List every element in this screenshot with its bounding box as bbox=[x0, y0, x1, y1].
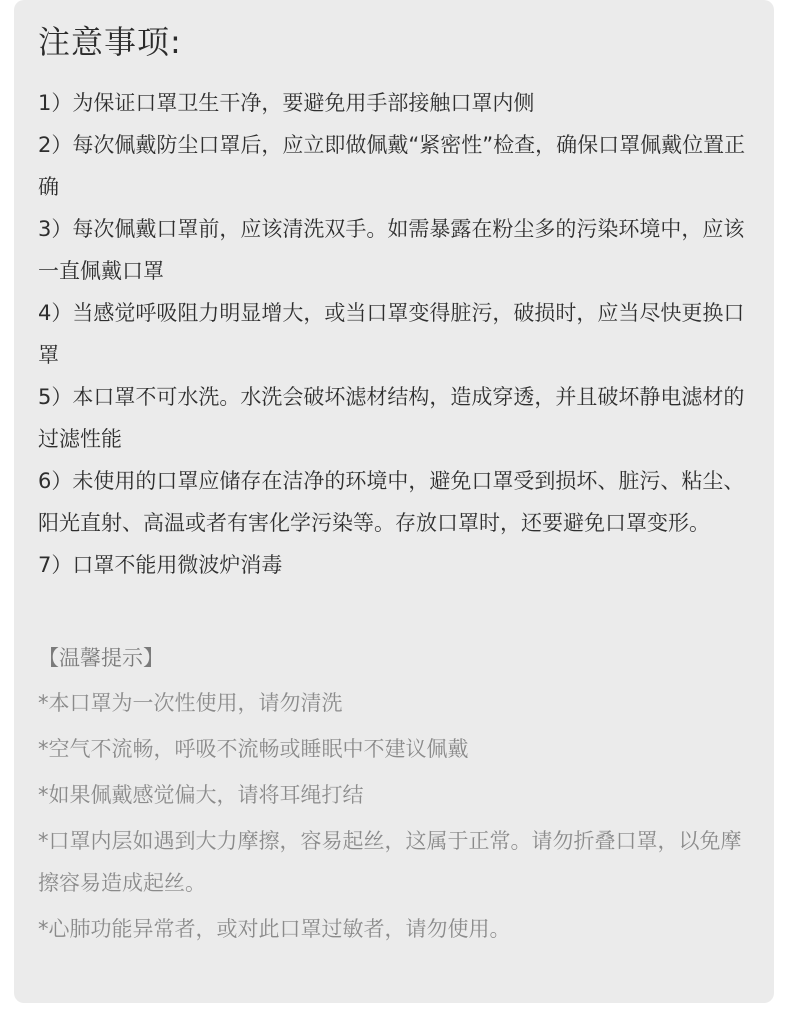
tips-section: 【温馨提示】 *本口罩为一次性使用，请勿清洗 *空气不流畅，呼吸不流畅或睡眠中不… bbox=[38, 638, 752, 950]
note-item-1: 1）为保证口罩卫生干净，要避免用手部接触口罩内侧 bbox=[38, 82, 752, 124]
notes-list: 1）为保证口罩卫生干净，要避免用手部接触口罩内侧 2）每次佩戴防尘口罩后，应立即… bbox=[38, 82, 752, 586]
note-item-6: 6）未使用的口罩应储存在洁净的环境中，避免口罩受到损坏、脏污、粘尘、阳光直射、高… bbox=[38, 460, 752, 544]
tip-item-4: *口罩内层如遇到大力摩擦，容易起丝，这属于正常。请勿折叠口罩，以免摩擦容易造成起… bbox=[38, 820, 752, 904]
note-item-7: 7）口罩不能用微波炉消毒 bbox=[38, 544, 752, 586]
note-item-2: 2）每次佩戴防尘口罩后，应立即做佩戴“紧密性”检查，确保口罩佩戴位置正确 bbox=[38, 124, 752, 208]
note-item-5: 5）本口罩不可水洗。水洗会破坏滤材结构，造成穿透，并且破坏静电滤材的过滤性能 bbox=[38, 376, 752, 460]
tips-heading: 【温馨提示】 bbox=[38, 638, 752, 678]
tip-item-2: *空气不流畅，呼吸不流畅或睡眠中不建议佩戴 bbox=[38, 728, 752, 770]
note-item-3: 3）每次佩戴口罩前，应该清洗双手。如需暴露在粉尘多的污染环境中，应该一直佩戴口罩 bbox=[38, 208, 752, 292]
note-item-4: 4）当感觉呼吸阻力明显增大，或当口罩变得脏污，破损时，应当尽快更换口罩 bbox=[38, 292, 752, 376]
tip-item-5: *心肺功能异常者，或对此口罩过敏者，请勿使用。 bbox=[38, 908, 752, 950]
notice-card: 注意事项: 1）为保证口罩卫生干净，要避免用手部接触口罩内侧 2）每次佩戴防尘口… bbox=[14, 0, 774, 1003]
tip-item-1: *本口罩为一次性使用，请勿清洗 bbox=[38, 682, 752, 724]
page-title: 注意事项: bbox=[38, 18, 752, 66]
tip-item-3: *如果佩戴感觉偏大，请将耳绳打结 bbox=[38, 774, 752, 816]
